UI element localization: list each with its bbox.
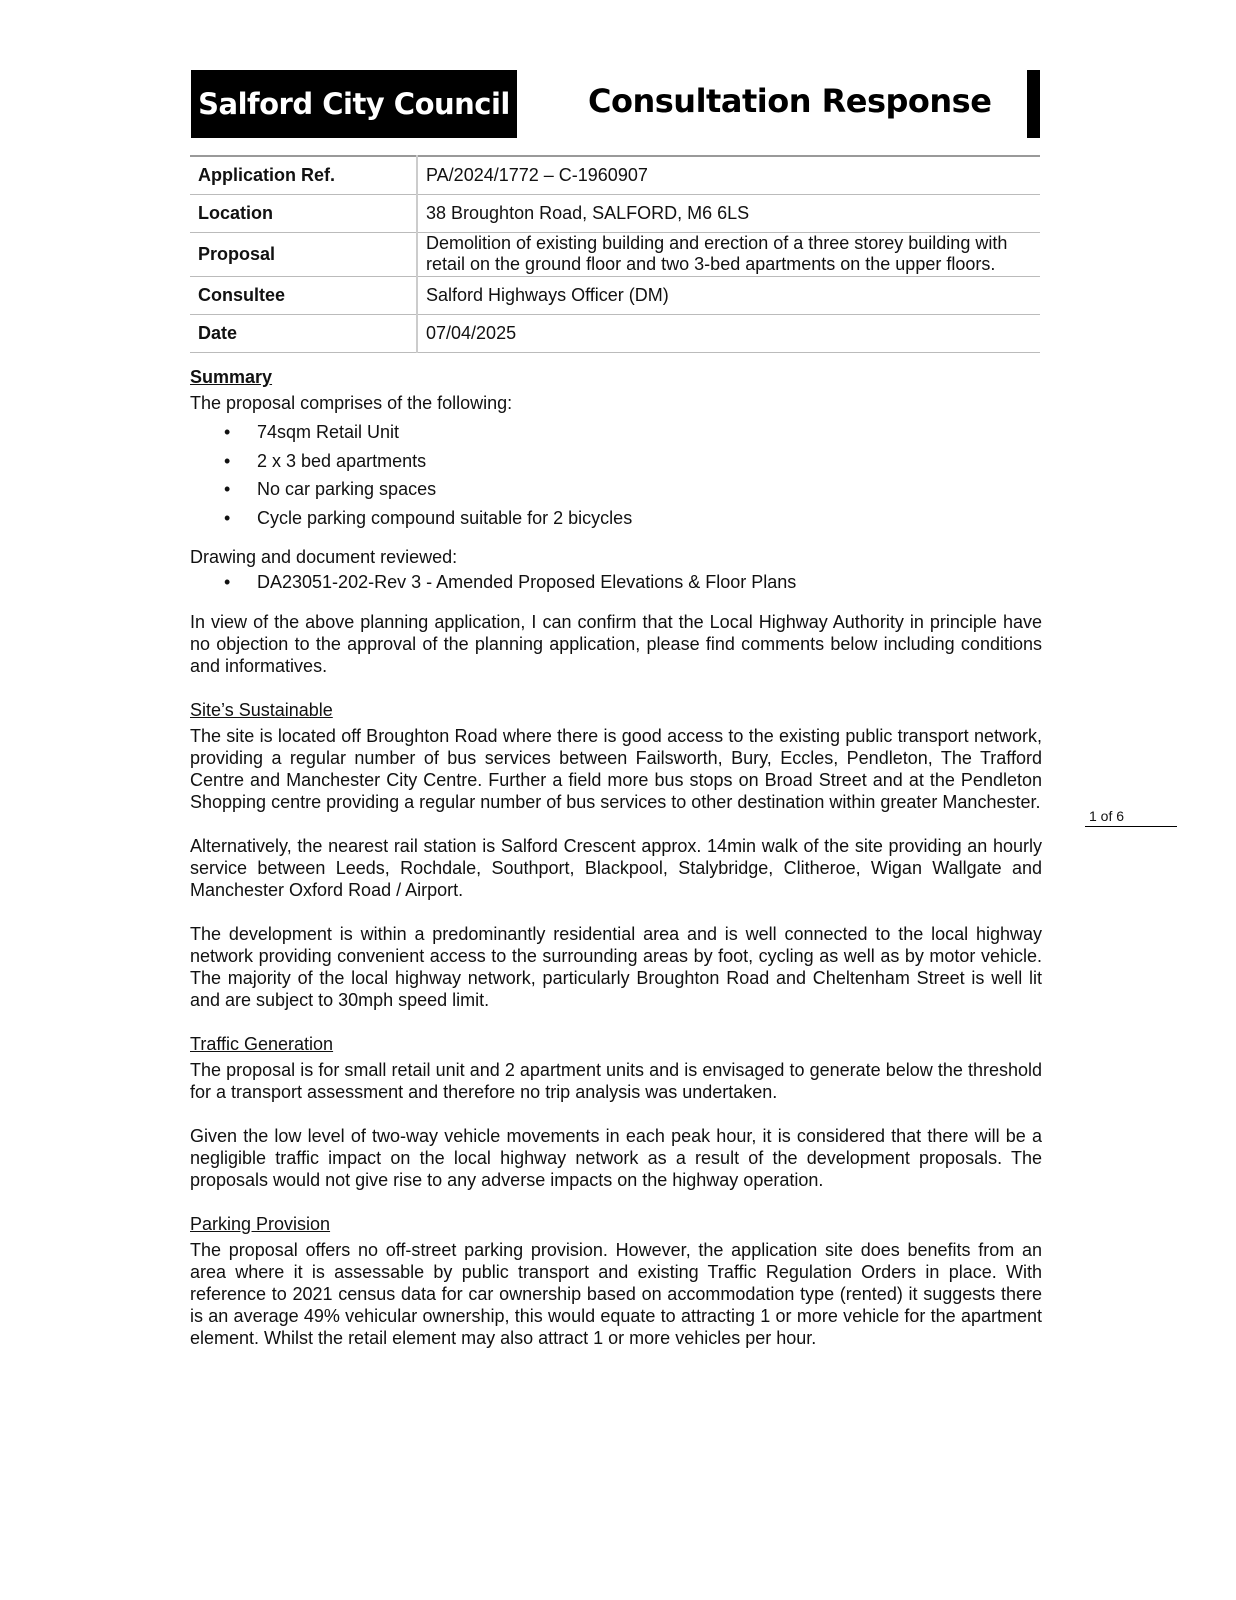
row-label: Consultee [190,276,417,314]
section-heading-parking: Parking Provision [190,1213,1042,1235]
list-item: No car parking spaces [190,475,1042,504]
list-item: 2 x 3 bed apartments [190,447,1042,476]
page-indicator: 1 of 6 [1085,808,1177,827]
document-body: Summary The proposal comprises of the fo… [190,366,1042,1349]
list-item: 74sqm Retail Unit [190,418,1042,447]
row-value: Demolition of existing building and erec… [417,232,1040,276]
paragraph: Given the low level of two-way vehicle m… [190,1125,1042,1191]
summary-heading: Summary [190,366,1042,388]
list-item: DA23051-202-Rev 3 - Amended Proposed Ele… [190,568,1042,597]
header-accent-bar [1027,70,1040,138]
paragraph: The proposal offers no off-street parkin… [190,1239,1042,1349]
drawings-intro: Drawing and document reviewed: [190,546,1042,568]
table-row: Proposal Demolition of existing building… [190,232,1040,276]
section-heading-traffic: Traffic Generation [190,1033,1042,1055]
row-label: Application Ref. [190,156,417,194]
section-heading-sustainable: Site’s Sustainable [190,699,1042,721]
organisation-banner: Salford City Council [191,70,517,138]
paragraph: The development is within a predominantl… [190,923,1042,1011]
conclusion-paragraph: In view of the above planning applicatio… [190,611,1042,677]
application-details-table: Application Ref. PA/2024/1772 – C-196090… [190,155,1040,353]
paragraph: Alternatively, the nearest rail station … [190,835,1042,901]
drawings-list: DA23051-202-Rev 3 - Amended Proposed Ele… [190,568,1042,597]
row-label: Date [190,314,417,352]
row-label: Location [190,194,417,232]
paragraph: The site is located off Broughton Road w… [190,725,1042,813]
table-row: Date 07/04/2025 [190,314,1040,352]
row-label: Proposal [190,232,417,276]
row-value: PA/2024/1772 – C-1960907 [417,156,1040,194]
table-row: Application Ref. PA/2024/1772 – C-196090… [190,156,1040,194]
list-item: Cycle parking compound suitable for 2 bi… [190,504,1042,533]
row-value: Salford Highways Officer (DM) [417,276,1040,314]
summary-list: 74sqm Retail Unit 2 x 3 bed apartments N… [190,418,1042,532]
table-row: Consultee Salford Highways Officer (DM) [190,276,1040,314]
document-title: Consultation Response [588,82,991,120]
table-row: Location 38 Broughton Road, SALFORD, M6 … [190,194,1040,232]
summary-intro: The proposal comprises of the following: [190,392,1042,414]
row-value: 38 Broughton Road, SALFORD, M6 6LS [417,194,1040,232]
paragraph: The proposal is for small retail unit an… [190,1059,1042,1103]
document-page: Salford City Council Consultation Respon… [0,0,1236,1600]
row-value: 07/04/2025 [417,314,1040,352]
